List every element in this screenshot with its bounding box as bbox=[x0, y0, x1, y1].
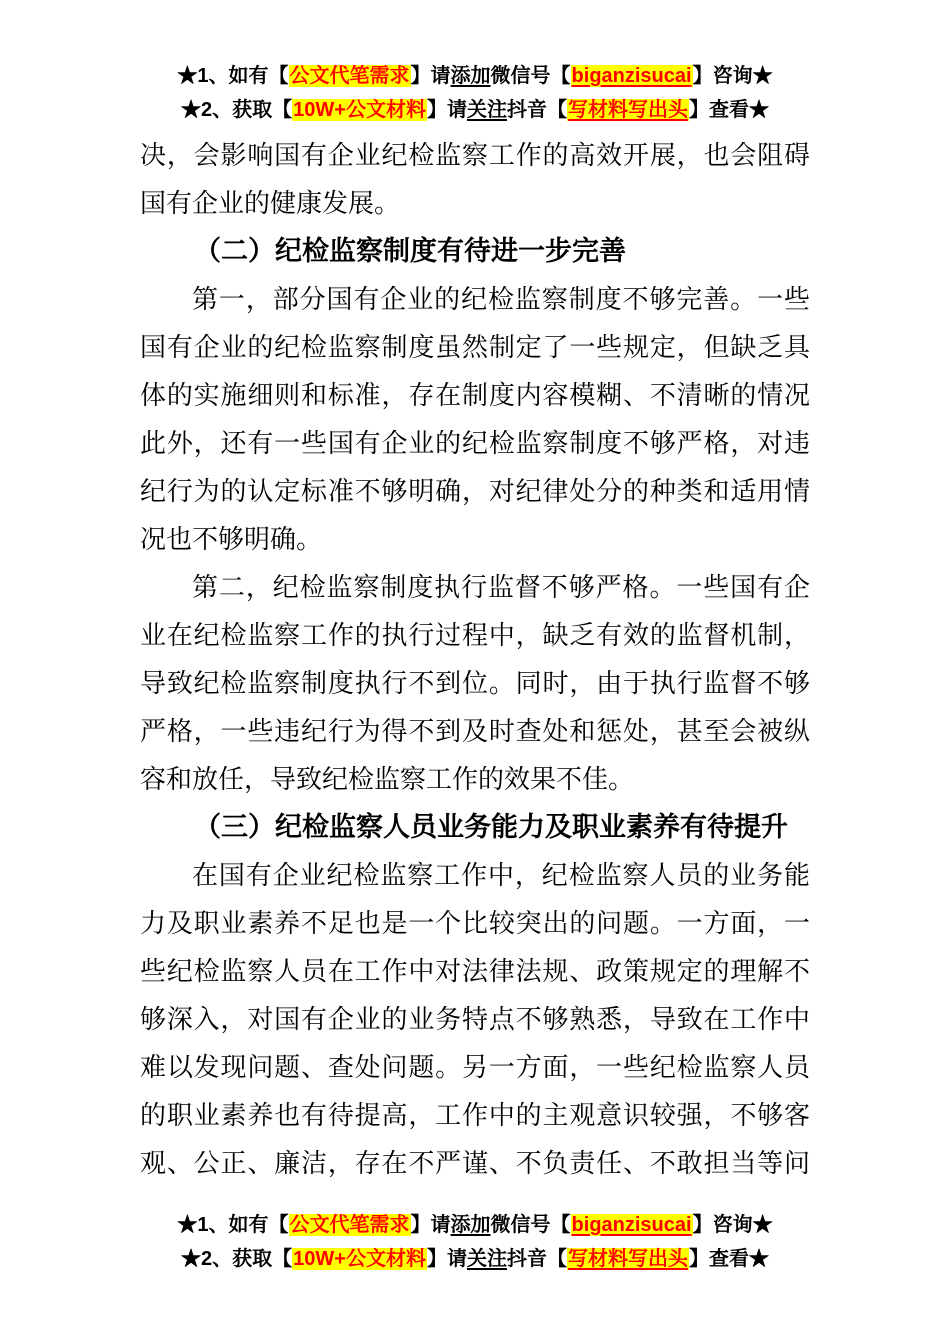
text-line: 容和放任，导致纪检监察工作的效果不佳。 bbox=[140, 755, 810, 803]
notice-text: 】请 bbox=[427, 99, 467, 121]
notice-text: 】咨询★ bbox=[693, 65, 773, 87]
text-line: 第二，纪检监察制度执行监督不够严格。一些国有企 bbox=[140, 563, 810, 611]
text-line: 况也不够明确。 bbox=[140, 515, 810, 563]
notice-text: ★2、获取【 bbox=[181, 99, 292, 121]
notice-highlighted-text: 10W+公文材料 bbox=[292, 99, 427, 121]
footer-notice-line-2: ★2、获取【10W+公文材料】请关注抖音【写材料写出头】查看★ bbox=[0, 1242, 950, 1276]
notice-text: ★2、获取【 bbox=[181, 1248, 292, 1270]
paragraph: 在国有企业纪检监察工作中，纪检监察人员的业务能力及职业素养不足也是一个比较突出的… bbox=[140, 851, 810, 1187]
footer-notice-line-1: ★1、如有【公文代笔需求】请添加微信号【biganzisucai】咨询★ bbox=[0, 1208, 950, 1242]
document-body: 决，会影响国有企业纪检监察工作的高效开展，也会阻碍国有企业的健康发展。（二）纪检… bbox=[140, 131, 810, 1187]
text-line: 力及职业素养不足也是一个比较突出的问题。一方面，一 bbox=[140, 899, 810, 947]
notice-highlighted-text: 写材料写出头 bbox=[567, 1248, 689, 1270]
text-line: 决，会影响国有企业纪检监察工作的高效开展，也会阻碍 bbox=[140, 131, 810, 179]
notice-text: 】查看★ bbox=[689, 1248, 769, 1270]
text-line: 严格，一些违纪行为得不到及时查处和惩处，甚至会被纵 bbox=[140, 707, 810, 755]
notice-text: 】请 bbox=[411, 1214, 451, 1236]
notice-underlined-text: 添加 bbox=[451, 1214, 491, 1236]
text-line: （三）纪检监察人员业务能力及职业素养有待提升 bbox=[140, 803, 810, 851]
notice-text: 】查看★ bbox=[689, 99, 769, 121]
paragraph: 决，会影响国有企业纪检监察工作的高效开展，也会阻碍国有企业的健康发展。 bbox=[140, 131, 810, 227]
header-notice-line-1: ★1、如有【公文代笔需求】请添加微信号【biganzisucai】咨询★ bbox=[0, 59, 950, 93]
notice-highlighted-text: 写材料写出头 bbox=[567, 99, 689, 121]
notice-text: 】咨询★ bbox=[693, 1214, 773, 1236]
notice-text: 微信号【 bbox=[491, 65, 571, 87]
section-heading: （二）纪检监察制度有待进一步完善 bbox=[140, 227, 810, 275]
notice-highlighted-text: biganzisucai bbox=[571, 65, 693, 87]
notice-highlighted-text: 公文代笔需求 bbox=[289, 1214, 411, 1236]
notice-text: 】请 bbox=[411, 65, 451, 87]
text-line: 体的实施细则和标准，存在制度内容模糊、不清晰的情况 bbox=[140, 371, 810, 419]
text-line: 的职业素养也有待提高，工作中的主观意识较强，不够客 bbox=[140, 1091, 810, 1139]
text-line: 够深入，对国有企业的业务特点不够熟悉，导致在工作中 bbox=[140, 995, 810, 1043]
notice-text: 抖音【 bbox=[507, 99, 567, 121]
notice-text: 微信号【 bbox=[491, 1214, 571, 1236]
header-notice: ★1、如有【公文代笔需求】请添加微信号【biganzisucai】咨询★ ★2、… bbox=[0, 59, 950, 127]
text-line: 国有企业的纪检监察制度虽然制定了一些规定，但缺乏具 bbox=[140, 323, 810, 371]
notice-text: ★1、如有【 bbox=[177, 1214, 288, 1236]
text-line: （二）纪检监察制度有待进一步完善 bbox=[140, 227, 810, 275]
text-line: 纪行为的认定标准不够明确，对纪律处分的种类和适用情 bbox=[140, 467, 810, 515]
paragraph: 第二，纪检监察制度执行监督不够严格。一些国有企业在纪检监察工作的执行过程中，缺乏… bbox=[140, 563, 810, 803]
text-line: 第一，部分国有企业的纪检监察制度不够完善。一些 bbox=[140, 275, 810, 323]
section-heading: （三）纪检监察人员业务能力及职业素养有待提升 bbox=[140, 803, 810, 851]
text-line: 业在纪检监察工作的执行过程中，缺乏有效的监督机制， bbox=[140, 611, 810, 659]
text-line: 难以发现问题、查处问题。另一方面，一些纪检监察人员 bbox=[140, 1043, 810, 1091]
notice-underlined-text: 关注 bbox=[467, 99, 507, 121]
notice-text: 抖音【 bbox=[507, 1248, 567, 1270]
notice-highlighted-text: 10W+公文材料 bbox=[292, 1248, 427, 1270]
text-line: 在国有企业纪检监察工作中，纪检监察人员的业务能 bbox=[140, 851, 810, 899]
document-page: ★1、如有【公文代笔需求】请添加微信号【biganzisucai】咨询★ ★2、… bbox=[0, 0, 950, 1344]
text-line: 导致纪检监察制度执行不到位。同时，由于执行监督不够 bbox=[140, 659, 810, 707]
text-line: 观、公正、廉洁，存在不严谨、不负责任、不敢担当等问 bbox=[140, 1139, 810, 1187]
footer-notice: ★1、如有【公文代笔需求】请添加微信号【biganzisucai】咨询★ ★2、… bbox=[0, 1208, 950, 1276]
text-line: 国有企业的健康发展。 bbox=[140, 179, 810, 227]
text-line: 此外，还有一些国有企业的纪检监察制度不够严格，对违 bbox=[140, 419, 810, 467]
text-line: 些纪检监察人员在工作中对法律法规、政策规定的理解不 bbox=[140, 947, 810, 995]
header-notice-line-2: ★2、获取【10W+公文材料】请关注抖音【写材料写出头】查看★ bbox=[0, 93, 950, 127]
notice-underlined-text: 关注 bbox=[467, 1248, 507, 1270]
notice-highlighted-text: 公文代笔需求 bbox=[289, 65, 411, 87]
notice-underlined-text: 添加 bbox=[451, 65, 491, 87]
notice-highlighted-text: biganzisucai bbox=[571, 1214, 693, 1236]
notice-text: 】请 bbox=[427, 1248, 467, 1270]
paragraph: 第一，部分国有企业的纪检监察制度不够完善。一些国有企业的纪检监察制度虽然制定了一… bbox=[140, 275, 810, 563]
notice-text: ★1、如有【 bbox=[177, 65, 288, 87]
